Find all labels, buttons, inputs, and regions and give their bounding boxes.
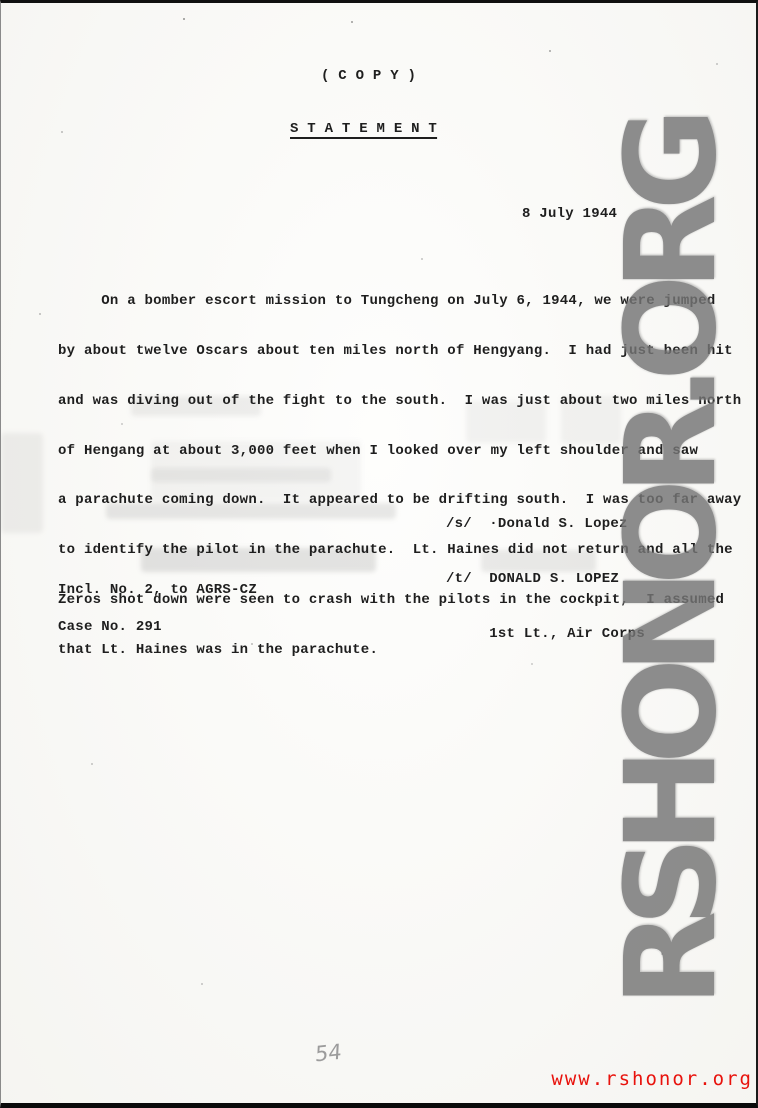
rshonor-watermark: RSHONOR.ORG [598, 117, 748, 1007]
handwritten-page-number: 54 [314, 1039, 342, 1066]
scan-smudge [1, 433, 43, 533]
scan-speck-artifacts [183, 18, 185, 20]
scanned-document-page: ( C O P Y ) S T A T E M E N T 8 July 194… [0, 0, 758, 1108]
copy-heading: ( C O P Y ) [321, 68, 416, 84]
rshonor-url-text: www.rshonor.org [551, 1068, 753, 1090]
inclosure-note: Incl. No. 2, to AGRS-CZ [58, 582, 257, 598]
case-number: Case No. 291 [58, 619, 162, 635]
document-title: S T A T E M E N T [290, 121, 437, 137]
